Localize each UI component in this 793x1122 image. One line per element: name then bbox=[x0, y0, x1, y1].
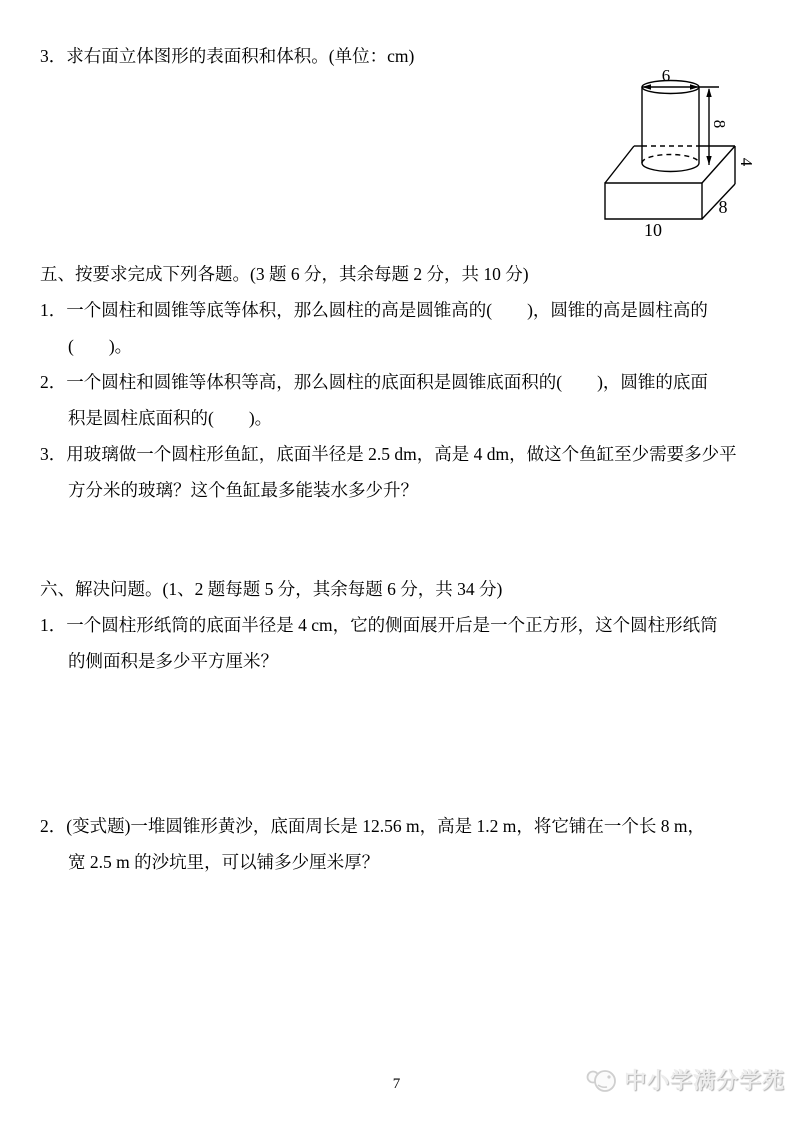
worksheet-page: 3．求右面立体图形的表面积和体积。(单位：cm) bbox=[0, 0, 793, 1122]
label-box-depth: 8 bbox=[719, 197, 728, 217]
arrowhead-up bbox=[706, 88, 711, 97]
section-5-item-1: 1．一个圆柱和圆锥等底等体积，那么圆柱的高是圆锥高的( )，圆锥的高是圆柱高的 … bbox=[40, 292, 762, 364]
cuboid-right-top-edge bbox=[702, 146, 735, 183]
item-line: 2．(变式题)一堆圆锥形黄沙，底面周长是 12.56 m，高是 1.2 m，将它… bbox=[40, 808, 762, 844]
section-5-item-2: 2．一个圆柱和圆锥等体积等高，那么圆柱的底面积是圆锥底面积的( )，圆锥的底面 … bbox=[40, 364, 762, 436]
section-5-item-3: 3．用玻璃做一个圆柱形鱼缸，底面半径是 2.5 dm，高是 4 dm，做这个鱼缸… bbox=[40, 436, 762, 508]
section-5-heading: 五、按要求完成下列各题。(3 题 6 分，其余每题 2 分，共 10 分) bbox=[40, 256, 762, 292]
item-line: 的侧面积是多少平方厘米？ bbox=[40, 643, 762, 679]
label-box-height: 4 bbox=[737, 158, 756, 167]
item-line: 积是圆柱底面积的( )。 bbox=[40, 400, 762, 436]
arrowhead-down bbox=[706, 156, 711, 165]
section-6-item-2: 2．(变式题)一堆圆锥形黄沙，底面周长是 12.56 m，高是 1.2 m，将它… bbox=[40, 808, 762, 880]
section-6: 六、解决问题。(1、2 题每题 5 分，其余每题 6 分，共 34 分) 1．一… bbox=[40, 571, 762, 679]
label-cylinder-diameter: 6 bbox=[662, 66, 671, 85]
question-3: 3．求右面立体图形的表面积和体积。(单位：cm) bbox=[40, 38, 600, 74]
item-line: 1．一个圆柱形纸筒的底面半径是 4 cm，它的侧面展开后是一个正方形，这个圆柱形… bbox=[40, 607, 762, 643]
cuboid-front-face bbox=[605, 183, 702, 219]
section-6-heading: 六、解决问题。(1、2 题每题 5 分，其余每题 6 分，共 34 分) bbox=[40, 571, 762, 607]
section-5: 五、按要求完成下列各题。(3 题 6 分，其余每题 2 分，共 10 分) 1．… bbox=[40, 256, 762, 508]
item-line: 方分米的玻璃？这个鱼缸最多能装水多少升？ bbox=[40, 472, 762, 508]
cylinder-bottom-rear-arc bbox=[642, 155, 699, 164]
solid-figure: 6 8 4 8 10 bbox=[592, 56, 792, 246]
label-cylinder-height: 8 bbox=[710, 120, 729, 129]
item-line: 宽 2.5 m 的沙坑里，可以铺多少厘米厚？ bbox=[40, 844, 762, 880]
section-6-item-1: 1．一个圆柱形纸筒的底面半径是 4 cm，它的侧面展开后是一个正方形，这个圆柱形… bbox=[40, 607, 762, 679]
item-line: ( )。 bbox=[40, 328, 762, 364]
item-line: 3．用玻璃做一个圆柱形鱼缸，底面半径是 2.5 dm，高是 4 dm，做这个鱼缸… bbox=[40, 436, 762, 472]
watermark: 中小学满分学苑 bbox=[584, 1064, 785, 1095]
item-line: 2．一个圆柱和圆锥等体积等高，那么圆柱的底面积是圆锥底面积的( )，圆锥的底面 bbox=[40, 364, 762, 400]
cuboid-left-top-edge bbox=[605, 146, 634, 183]
item-line: 1．一个圆柱和圆锥等底等体积，那么圆柱的高是圆锥高的( )，圆锥的高是圆柱高的 bbox=[40, 292, 762, 328]
mascot-icon bbox=[584, 1065, 620, 1095]
cylinder-on-cuboid-figure: 6 8 4 8 10 bbox=[592, 56, 792, 246]
label-box-width: 10 bbox=[644, 220, 662, 240]
watermark-text: 中小学满分学苑 bbox=[624, 1064, 785, 1095]
question-3-text: 3．求右面立体图形的表面积和体积。(单位：cm) bbox=[40, 38, 600, 74]
cylinder-bottom-front-arc bbox=[642, 163, 699, 172]
